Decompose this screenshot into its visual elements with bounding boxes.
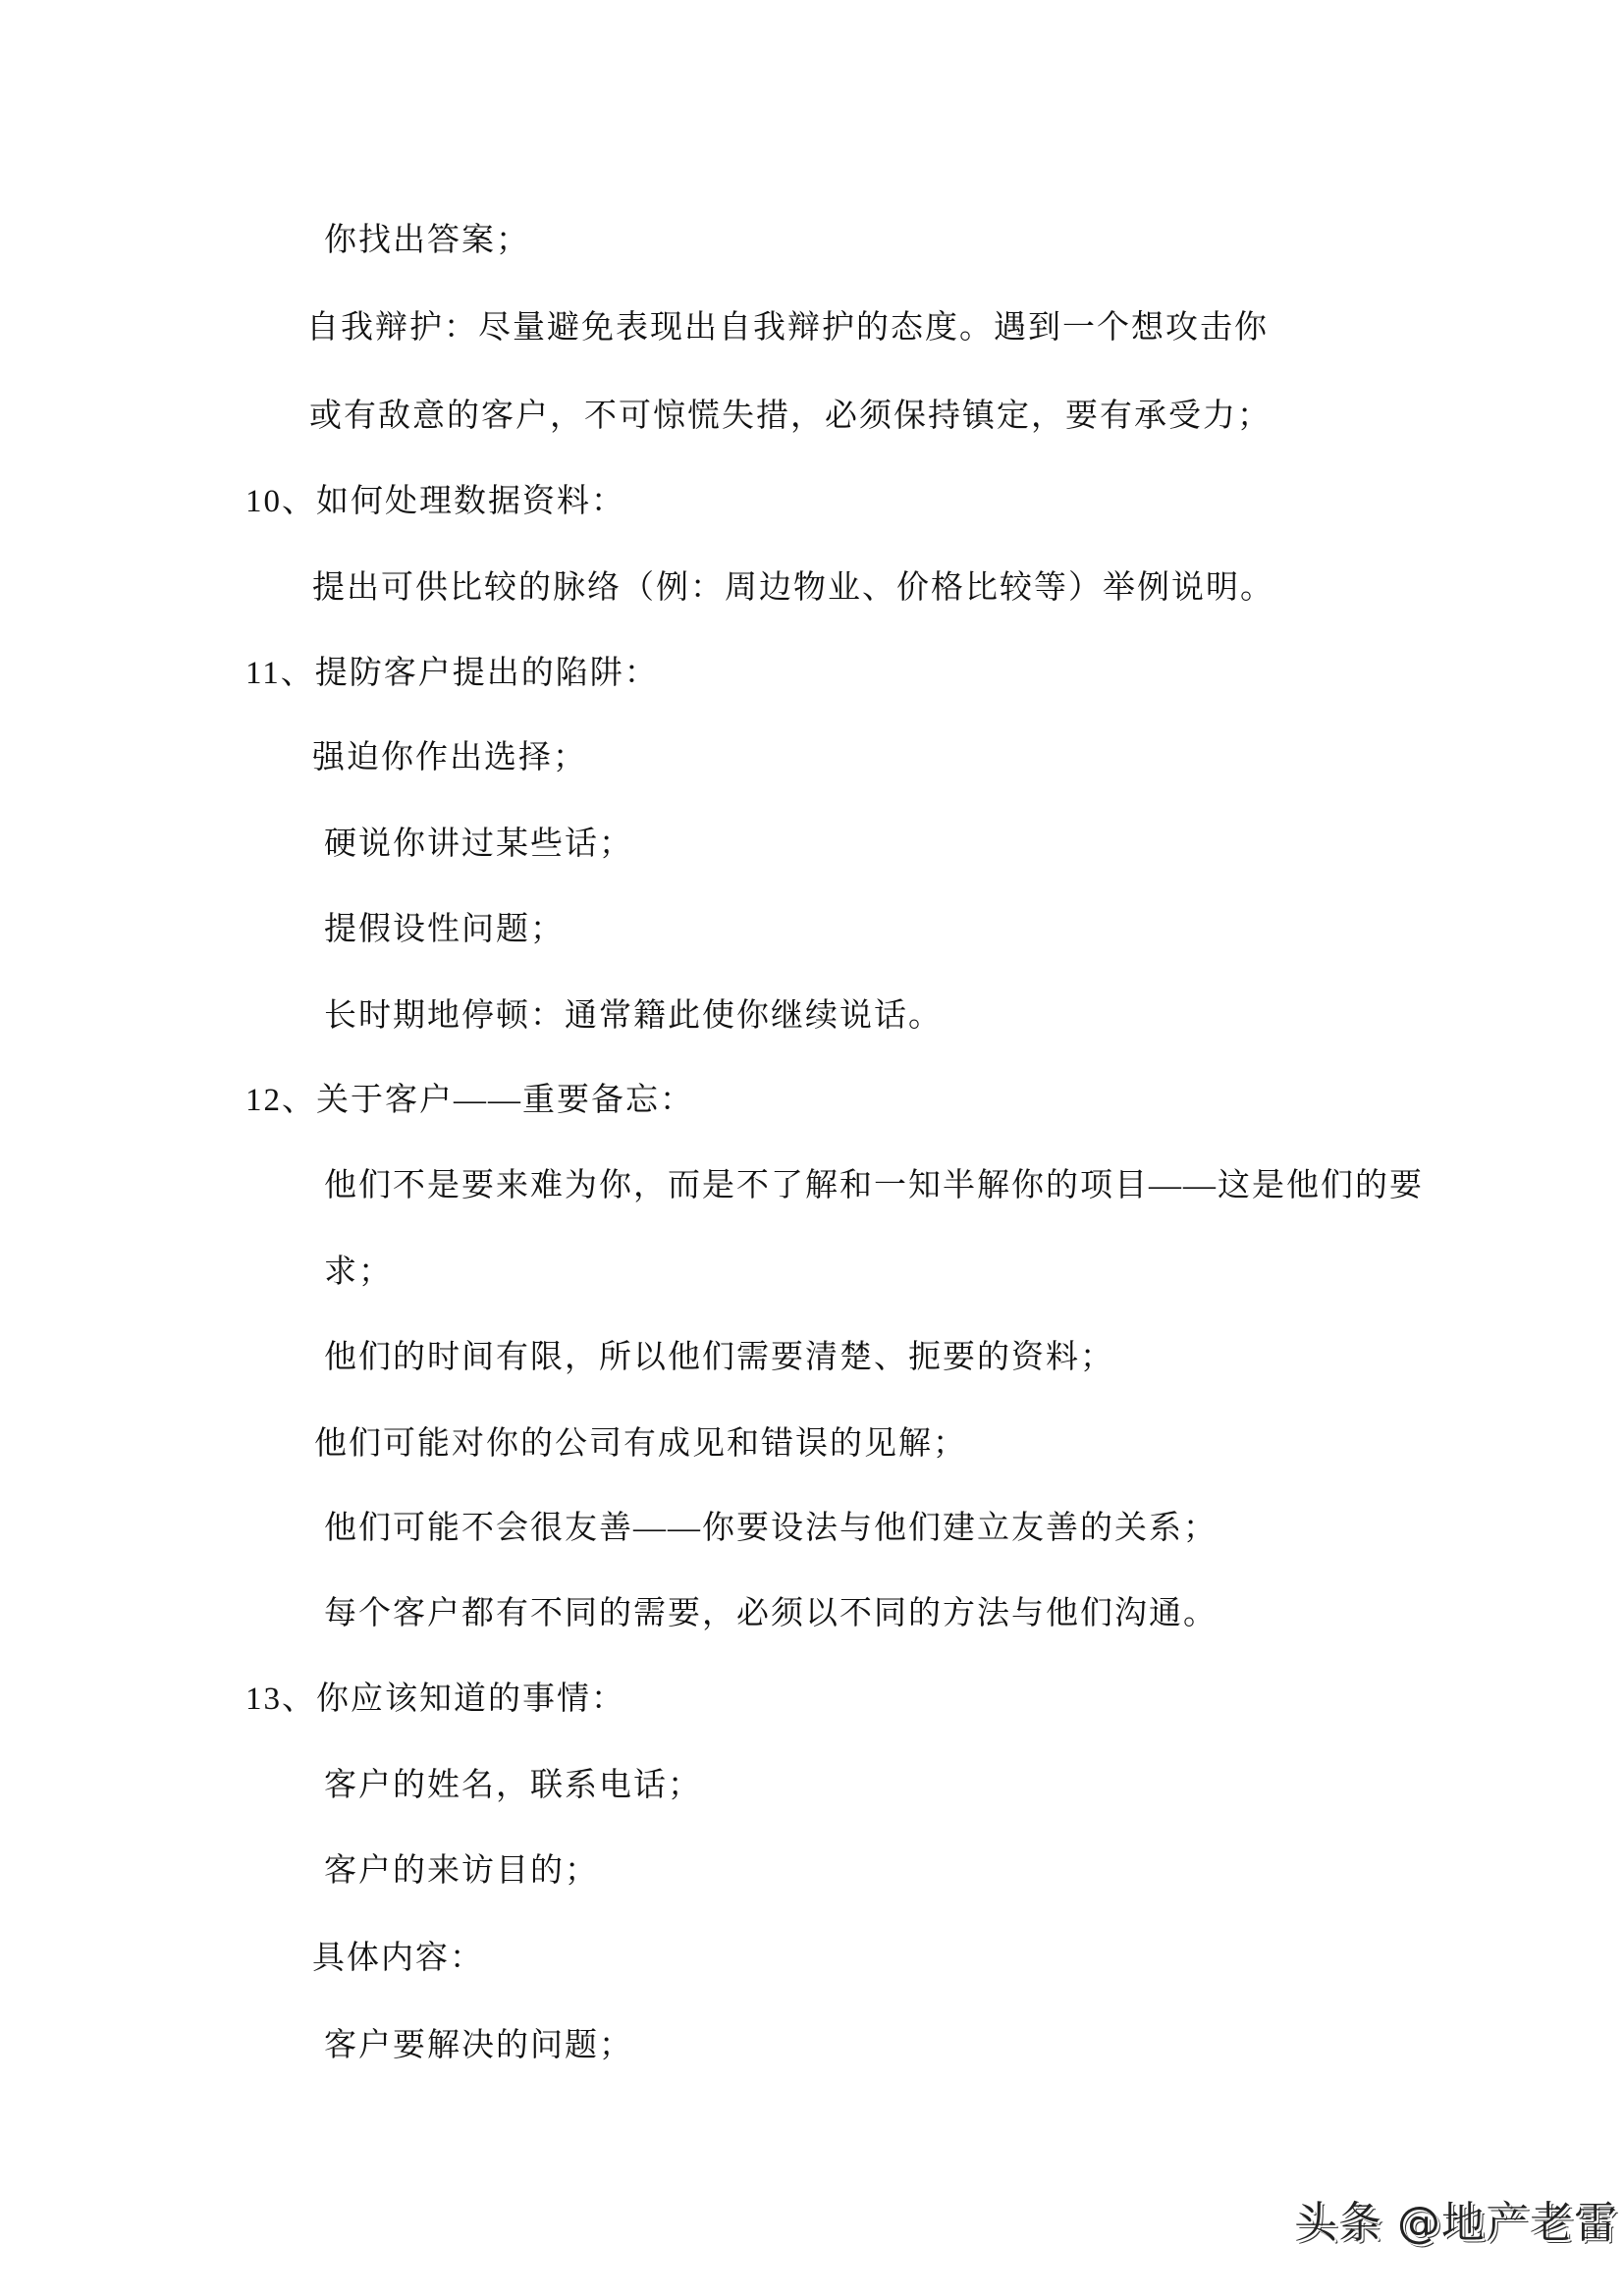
text-line-1: 你找出答案； (324, 221, 530, 260)
text-line-21: 具体内容： (312, 1939, 484, 1978)
text-line-16: 他们可能不会很友善——你要设法与他们建立友善的关系； (324, 1509, 1218, 1548)
text-line-14: 他们的时间有限，所以他们需要清楚、扼要的资料； (324, 1338, 1114, 1377)
section-heading-11: 11、提防客户提出的陷阱： (245, 654, 659, 693)
text-line-3: 或有敌意的客户，不可惊慌失措，必须保持镇定，要有承受力； (309, 397, 1272, 436)
text-line-19: 客户的姓名，联系电话； (324, 1766, 702, 1805)
text-line-7: 强迫你作出选择； (312, 738, 587, 777)
section-heading-13: 13、你应该知道的事情： (245, 1680, 625, 1719)
text-line-5: 提出可供比较的脉络（例：周边物业、价格比较等）举例说明。 (312, 568, 1274, 608)
watermark: 头条 @地产老雷 (1294, 2199, 1618, 2248)
text-line-2: 自我辩护：尽量避免表现出自我辩护的态度。遇到一个想攻击你 (306, 308, 1269, 347)
text-line-9: 提假设性问题； (324, 910, 565, 949)
section-heading-10: 10、如何处理数据资料： (245, 482, 625, 521)
text-line-13: 求； (324, 1253, 393, 1292)
text-line-12: 他们不是要来难为你，而是不了解和一知半解你的项目——这是他们的要 (324, 1166, 1424, 1205)
text-line-20: 客户的来访目的； (324, 1851, 599, 1891)
text-line-22: 客户要解决的问题； (324, 2026, 633, 2065)
text-line-10: 长时期地停顿：通常籍此使你继续说话。 (324, 996, 943, 1036)
section-heading-12: 12、关于客户——重要备忘： (245, 1081, 694, 1120)
text-line-15: 他们可能对你的公司有成见和错误的见解； (314, 1424, 967, 1464)
text-line-8: 硬说你讲过某些话； (324, 825, 633, 864)
text-line-17: 每个客户都有不同的需要，必须以不同的方法与他们沟通。 (324, 1594, 1218, 1633)
